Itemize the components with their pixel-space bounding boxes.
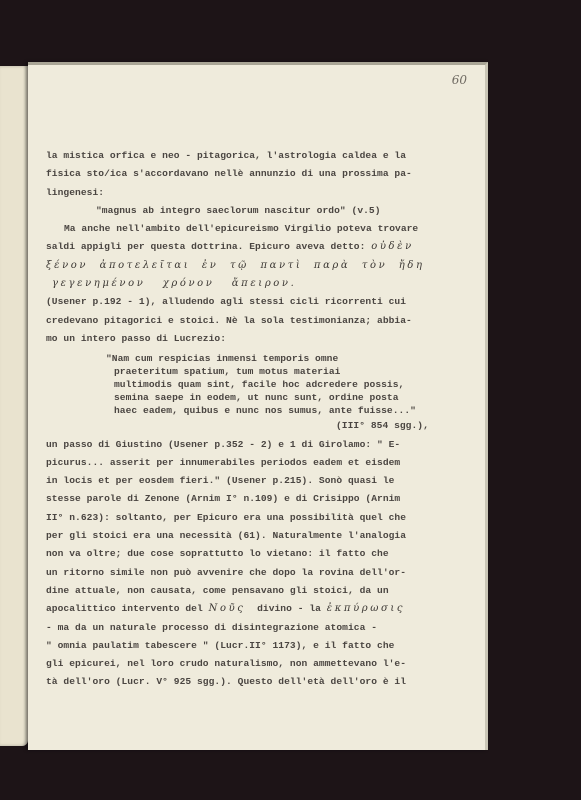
lucretius-block-quote: "Nam cum respicias inmensi temporis omne…	[46, 352, 476, 417]
quote-line: semina saepe in eodem, ut nunc sunt, ord…	[106, 391, 476, 404]
text-line: fisica sto/ica s'accordavano nellè annun…	[46, 165, 476, 183]
text-segment: apocalittico intervento del	[46, 603, 209, 614]
greek-line: γεγενημένον χρόνον ἄπειρον.	[46, 275, 476, 293]
text-line: in locis et per eosdem fieri." (Usener p…	[46, 472, 476, 490]
text-line: Ma anche nell'ambito dell'epicureismo Vi…	[46, 220, 476, 238]
text-line: tà dell'oro (Lucr. V° 925 sgg.). Questo …	[46, 673, 476, 691]
text-line: stesse parole di Zenone (Arnim I° n.109)…	[46, 490, 476, 508]
text-line: non va oltre; due cose soprattutto lo vi…	[46, 545, 476, 563]
quote-line: praeteritum spatium, tum motus materiai	[106, 365, 476, 378]
typewritten-page: 60 la mistica orfica e neo - pitagorica,…	[28, 62, 488, 750]
text-line: per gli stoici era una necessità (61). N…	[46, 527, 476, 545]
text-line: un passo di Giustino (Usener p.352 - 2) …	[46, 436, 476, 454]
text-line: " omnia paulatim tabescere " (Lucr.II° 1…	[46, 637, 476, 655]
text-line: saldi appigli per questa dottrina. Epicu…	[46, 238, 476, 256]
page-body: la mistica orfica e neo - pitagorica, l'…	[46, 147, 476, 692]
text-line: la mistica orfica e neo - pitagorica, l'…	[46, 147, 476, 165]
text-line: II° n.623): soltanto, per Epicuro era un…	[46, 509, 476, 527]
greek-line: ξένον ἀποτελεῖται ἐν τῷ παντὶ παρὰ τὸν ἤ…	[46, 257, 476, 275]
lucretius-reference: (III° 854 sgg.),	[46, 417, 476, 435]
previous-page-edge	[0, 66, 28, 746]
text-segment: divino - la	[245, 603, 326, 614]
greek-nous: Νοῦς	[209, 603, 246, 614]
greek-text: οὐδὲν	[371, 241, 414, 252]
text-line: - ma da un naturale processo di disinteg…	[46, 619, 476, 637]
text-line: picurus... asserit per innumerabiles per…	[46, 454, 476, 472]
greek-ekpyrosis: ἐκπύρωσις	[327, 603, 405, 614]
text-segment: saldi appigli per questa dottrina. Epicu…	[46, 241, 371, 252]
text-line: apocalittico intervento del Νοῦς divino …	[46, 600, 476, 618]
quote-line: haec eadem, quibus e nunc nos sumus, ant…	[106, 404, 476, 417]
text-line: lingenesi:	[46, 184, 476, 202]
scan-scene: 60 la mistica orfica e neo - pitagorica,…	[0, 0, 581, 800]
virgil-quote: "magnus ab integro saeclorum nascitur or…	[46, 202, 476, 220]
text-line: mo un intero passo di Lucrezio:	[46, 330, 476, 348]
text-line: (Usener p.192 - 1), alludendo agli stess…	[46, 293, 476, 311]
text-line: un ritorno simile non può avvenire che d…	[46, 564, 476, 582]
quote-line: multimodis quam sint, facile hoc adcrede…	[106, 378, 476, 391]
quote-line: "Nam cum respicias inmensi temporis omne	[106, 352, 476, 365]
text-line: dine attuale, non causata, come pensavan…	[46, 582, 476, 600]
page-number: 60	[452, 73, 467, 87]
text-line: gli epicurei, nel loro crudo naturalismo…	[46, 655, 476, 673]
text-line: credevano pitagorici e stoici. Nè la sol…	[46, 312, 476, 330]
